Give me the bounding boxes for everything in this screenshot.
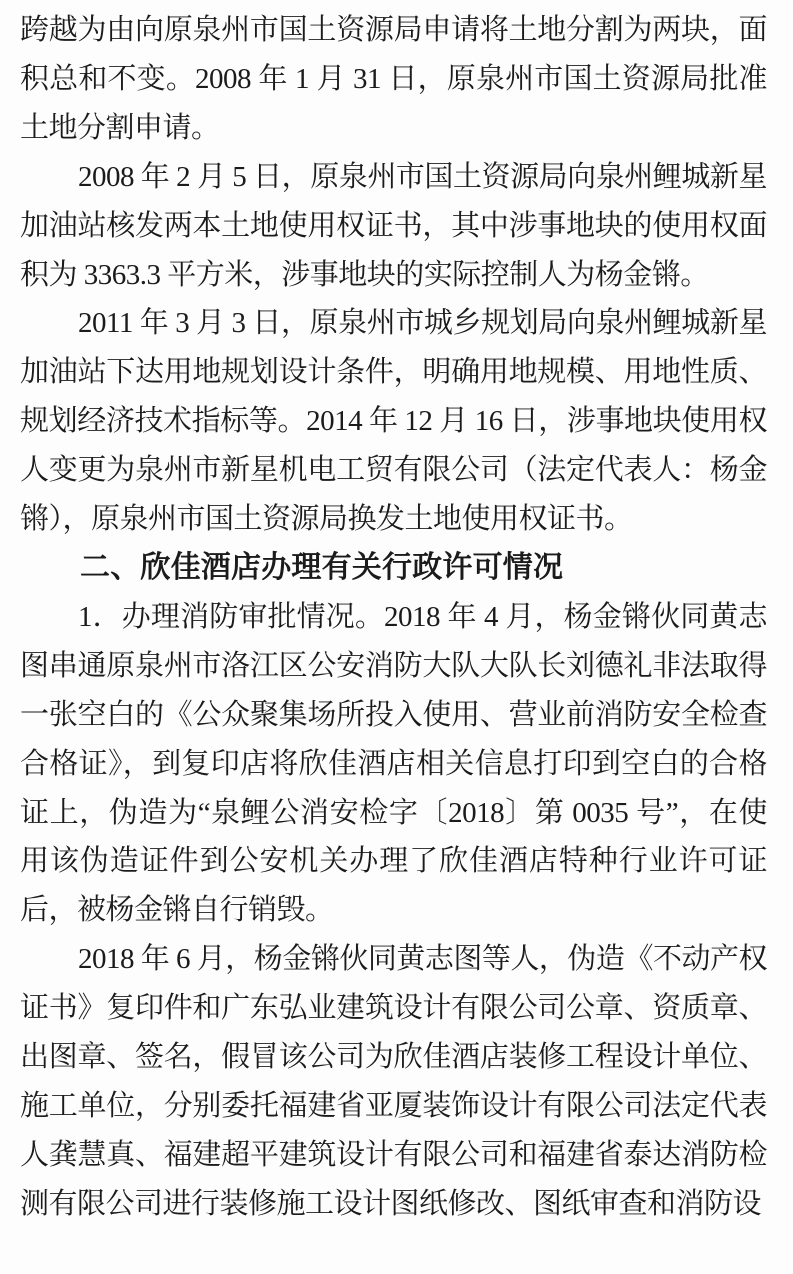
paragraph-continuation: 跨越为由向原泉州市国土资源局申请将土地分割为两块，面积总和不变。2008 年 1… [20,6,767,153]
document-body: 跨越为由向原泉州市国土资源局申请将土地分割为两块，面积总和不变。2008 年 1… [20,6,767,1229]
paragraph-fire-approval: 1．办理消防审批情况。2018 年 4 月，杨金锵伙同黄志图串通原泉州市洛江区公… [20,593,767,935]
paragraph-2008-certificates: 2008 年 2 月 5 日，原泉州市国土资源局向泉州鲤城新星加油站核发两本土地… [20,153,767,300]
paragraph-2018-forgery: 2018 年 6 月，杨金锵伙同黄志图等人，伪造《不动产权证书》复印件和广东弘业… [20,935,767,1228]
paragraph-2011-planning: 2011 年 3 月 3 日，原泉州市城乡规划局向泉州鲤城新星加油站下达用地规划… [20,299,767,544]
section-heading-2: 二、欣佳酒店办理有关行政许可情况 [20,544,767,593]
document-page: 跨越为由向原泉州市国土资源局申请将土地分割为两块，面积总和不变。2008 年 1… [0,0,793,1274]
